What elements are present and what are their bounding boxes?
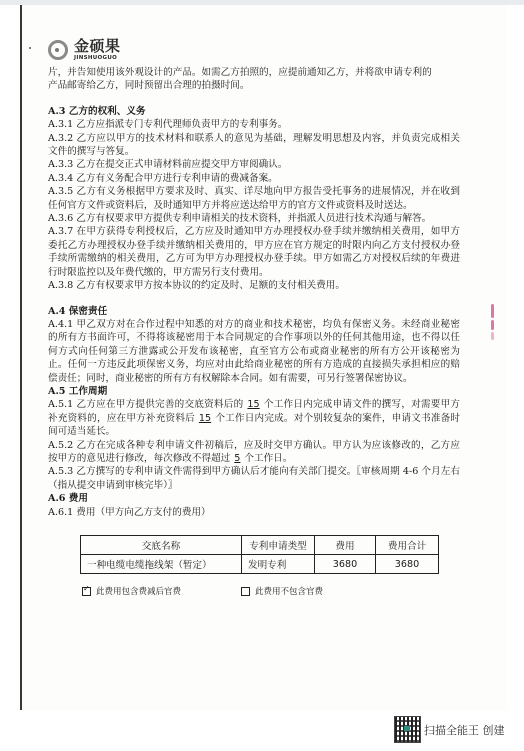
clause-a6-1: A.6.1 费用（甲方向乙方支付的费用）	[48, 506, 460, 519]
section-title-a3: A.3 乙方的权利、义务	[48, 105, 460, 118]
seal-stamp-fragment	[487, 302, 497, 357]
intro-line: 产品邮寄给乙方，同时预留出合理的拍摄时间。	[48, 79, 460, 92]
clause-a5-1: A.5.1 乙方应在甲方提供完善的交底资料后的15个工作日内完成申请文件的撰写，…	[48, 398, 460, 438]
table-cell: 3680	[315, 555, 376, 574]
clause-a3-4: A.3.4 乙方有义务配合甲方进行专利申请的费减备案。	[48, 172, 460, 185]
checkbox-checked-icon[interactable]	[82, 587, 91, 596]
table-cell: 3680	[376, 555, 439, 574]
fee-table: 交底名称 专利申请类型 费用 费用合计 一种电缆电缆拖线架（暂定） 发明专利 3…	[80, 535, 439, 574]
days-field: 5	[230, 453, 244, 464]
intro-line: 片，并告知使用该外观设计的产品。如需乙方拍照的，应提前通知乙方，并将欲申请专利的	[48, 66, 460, 79]
table-header-row: 交底名称 专利申请类型 费用 费用合计	[81, 536, 439, 555]
watermark-text: 扫描全能王 创建	[424, 722, 505, 738]
clause-a3-2: A.3.2 乙方应以甲方的技术材料和联系人的意见为基础，理解发明思想及内容，并负…	[48, 132, 460, 159]
col-header: 专利申请类型	[242, 536, 315, 555]
fee-options: 此费用包含费减后官费 此费用不包含官费	[82, 585, 323, 597]
contract-body: 片，并告知使用该外观设计的产品。如需乙方拍照的，应提前通知乙方，并将欲申请专利的…	[48, 66, 460, 519]
col-header: 交底名称	[81, 536, 242, 555]
table-cell: 一种电缆电缆拖线架（暂定）	[81, 555, 242, 574]
scanner-watermark: 扫描全能王 创建	[394, 716, 505, 743]
section-title-a6: A.6 费用	[48, 492, 460, 505]
option-includes-official-fee[interactable]: 此费用包含费减后官费	[82, 585, 181, 597]
clause-a3-1: A.3.1 乙方应指派专门专利代理师负责甲方的专利事务。	[48, 118, 460, 131]
section-title-a4: A.4 保密责任	[48, 305, 460, 318]
table-cell: 发明专利	[242, 555, 315, 574]
scan-speck	[29, 47, 31, 49]
clause-a5-2: A.5.2 乙方在完成各种专利申请文件初稿后，应及时交甲方确认。甲方认为应该修改…	[48, 439, 460, 466]
col-header: 费用合计	[376, 536, 439, 555]
clause-a3-3: A.3.3 乙方在提交正式申请材料前应提交甲方审阅确认。	[48, 158, 460, 171]
option-excludes-official-fee[interactable]: 此费用不包含官费	[241, 585, 323, 597]
clause-a3-6: A.3.6 乙方有权要求甲方提供专利申请相关的技术资料，并指派人员进行技术沟通与…	[48, 212, 460, 225]
logo-icon	[48, 40, 68, 60]
qr-code-icon	[394, 716, 421, 743]
clause-a3-5: A.3.5 乙方有义务根据甲方要求及时、真实、详尽地向甲方报告受托事务的进展情况…	[48, 185, 460, 212]
logo-name-en: JINSHUOGUO	[74, 56, 121, 62]
days-field: 15	[195, 413, 215, 424]
clause-a5-3: A.5.3 乙方撰写的专利申请文件需得到甲方确认后才能向有关部门提交。〖审核周期…	[48, 465, 460, 492]
table-row: 一种电缆电缆拖线架（暂定） 发明专利 3680 3680	[81, 555, 439, 574]
company-logo: 金硕果 JINSHUOGUO	[48, 36, 121, 64]
col-header: 费用	[315, 536, 376, 555]
clause-a4-1: A.4.1 甲乙双方对在合作过程中知悉的对方的商业和技术秘密，均负有保密义务。未…	[48, 318, 460, 385]
checkbox-unchecked-icon[interactable]	[241, 587, 250, 596]
logo-name-cn: 金硕果	[74, 39, 121, 54]
clause-a3-8: A.3.8 乙方有权要求甲方按本协议的约定及时、足额的支付相关费用。	[48, 279, 460, 292]
clause-a3-7: A.3.7 在甲方获得专利授权后，乙方应及时通知甲方办理授权办登手续并缴纳相关费…	[48, 225, 460, 279]
section-title-a5: A.5 工作周期	[48, 385, 460, 398]
days-field: 15	[243, 399, 263, 410]
